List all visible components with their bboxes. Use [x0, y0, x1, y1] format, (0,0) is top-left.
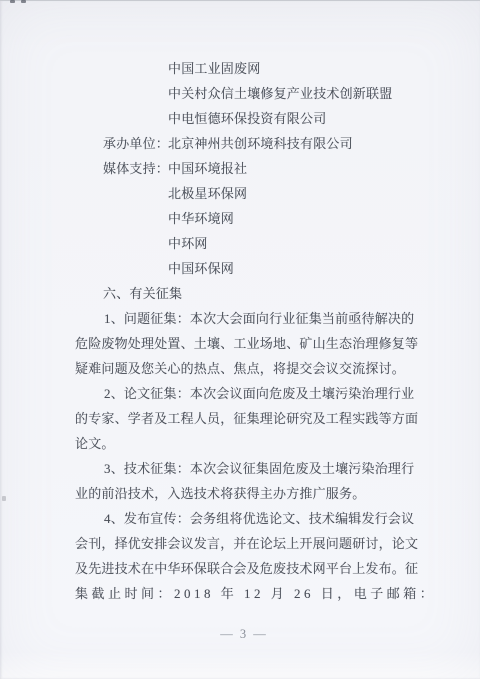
- paragraph-line: 疑难问题及您关心的热点、焦点，将提交会议交流探讨。: [75, 356, 413, 381]
- labeled-row-media-support: 媒体支持：中国环境报社: [75, 156, 413, 181]
- scan-speck: [2, 496, 6, 501]
- paragraph-line: 2、论文征集：本次会议面向危废及土壤污染治理行业: [75, 381, 413, 406]
- document-body: 中国工业固废网 中关村众信土壤修复产业技术创新联盟 中电恒德环保投资有限公司 承…: [75, 56, 413, 606]
- media-support-line: 中环网: [75, 231, 413, 256]
- scanned-document-page: { "page": { "paper_color": "#f4f5f9", "t…: [0, 0, 480, 679]
- host-unit-line: 中关村众信土壤修复产业技术创新联盟: [75, 81, 413, 106]
- row-label: 承办单位：: [103, 131, 168, 156]
- paragraph-line: 及先进技术在中华环保联合会及危废技术网平台上发布。征: [75, 556, 413, 581]
- paragraph-line: 业的前沿技术，入选技术将获得主办方推广服务。: [75, 481, 413, 506]
- section-heading: 六、有关征集: [75, 281, 413, 306]
- page-number: — 3 —: [75, 627, 413, 642]
- scan-speck: [10, 0, 15, 3]
- media-support-line: 中华环境网: [75, 206, 413, 231]
- host-unit-line: 中国工业固废网: [75, 56, 413, 81]
- media-support-line: 北极星环保网: [75, 181, 413, 206]
- row-label: 媒体支持：: [103, 156, 168, 181]
- paragraph-line: 的专家、学者及工程人员，征集理论研究及工程实践等方面: [75, 406, 413, 431]
- paragraph-line: 会刊，择优安排会议发言，并在论坛上开展问题研讨，论文: [75, 531, 413, 556]
- paragraph-line: 3、技术征集：本次会议征集固危废及土壤污染治理行: [75, 456, 413, 481]
- scan-speck: [21, 0, 26, 3]
- host-unit-line: 中电恒德环保投资有限公司: [75, 106, 413, 131]
- paragraph-line: 危险废物处理处置、土壤、工业场地、矿山生态治理修复等: [75, 331, 413, 356]
- row-value: 中国环境报社: [168, 161, 247, 176]
- paragraph-line: 论文。: [75, 431, 413, 456]
- paragraph-line: 1、问题征集：本次大会面向行业征集当前亟待解决的: [75, 306, 413, 331]
- media-support-line: 中国环保网: [75, 256, 413, 281]
- row-value: 北京神州共创环境科技有限公司: [168, 136, 353, 151]
- paragraph-line: 4、发布宣传：会务组将优选论文、技术编辑发行会议: [75, 506, 413, 531]
- paragraph-line: 集截止时间：2018 年 12 月 26 日，电子邮箱：: [75, 581, 413, 606]
- labeled-row-organizer: 承办单位：北京神州共创环境科技有限公司: [75, 131, 413, 156]
